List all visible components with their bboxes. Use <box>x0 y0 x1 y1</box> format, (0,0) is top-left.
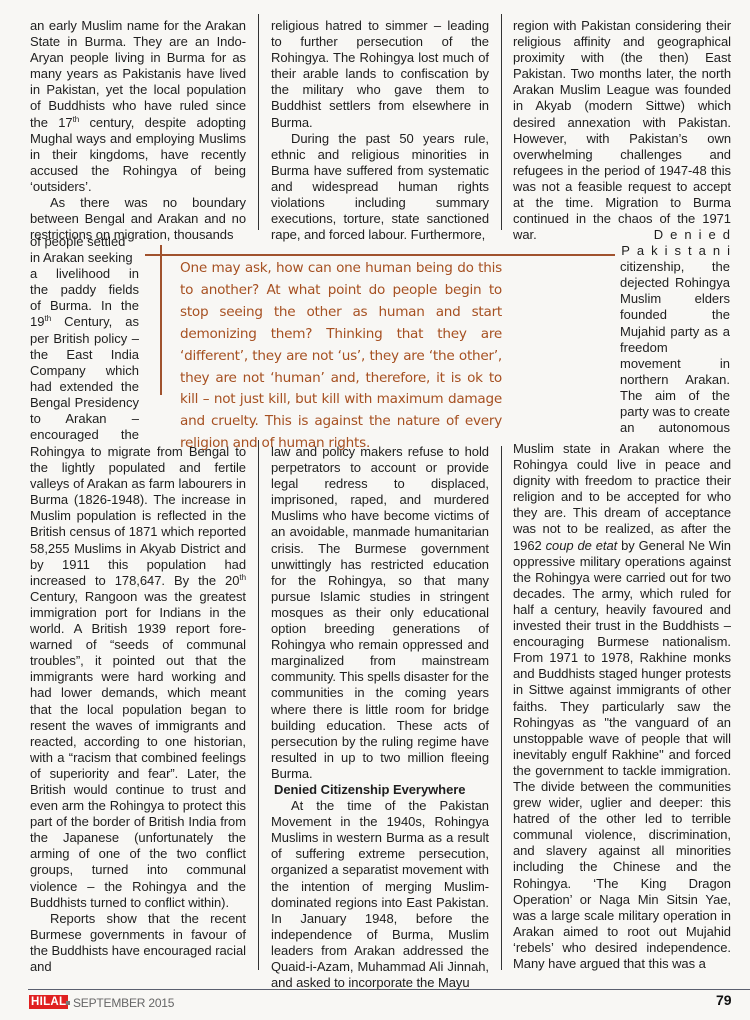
paragraph: Reports show that the recent Burmese gov… <box>30 911 246 975</box>
paragraph: an early Muslim name for the Arakan Stat… <box>30 18 246 195</box>
italic-phrase: coup de etat <box>546 538 618 553</box>
column-3-top: region with Pakistan considering their r… <box>513 18 731 243</box>
pull-quote-side-rule <box>160 245 162 395</box>
issue-date: SEPTEMBER 2015 <box>73 996 174 1010</box>
column-1-bottom: Rohingya to migrate from Bengal to the l… <box>30 444 246 975</box>
column-rule <box>501 446 502 970</box>
narrow-line: of Burma. In the <box>30 298 139 314</box>
magazine-logo: HILAL <box>29 995 68 1009</box>
narrow-paragraph: per British policy – the East India Comp… <box>30 331 139 444</box>
pull-quote: One may ask, how can one human being do … <box>180 258 502 455</box>
narrow-line: 19th Century, as <box>30 314 139 330</box>
narrow-line: in Arakan seeking <box>30 250 139 266</box>
column-rule <box>501 14 502 230</box>
column-1-narrow: of people settled in Arakan seeking a li… <box>30 234 139 443</box>
paragraph: During the past 50 years rule, ethnic an… <box>271 131 489 244</box>
column-1-top: an early Muslim name for the Arakan Stat… <box>30 18 246 243</box>
bullet-separator-icon <box>66 1001 70 1005</box>
subheading: Denied Citizenship Everywhere <box>271 782 489 798</box>
narrow-paragraph: citizenship, the dejected Rohingya Musli… <box>620 259 730 436</box>
paragraph: religious hatred to simmer – leading to … <box>271 18 489 131</box>
column-3-narrow: Denied Pakistani citizenship, the deject… <box>620 227 730 436</box>
paragraph: law and policy makers refuse to hold per… <box>271 444 489 782</box>
column-rule <box>258 14 259 230</box>
column-rule <box>258 440 259 970</box>
footer-rule <box>28 989 750 990</box>
narrow-line: a livelihood in <box>30 266 139 282</box>
paragraph: Muslim state in Arakan where the Rohingy… <box>513 441 731 972</box>
narrow-line: the paddy fields <box>30 282 139 298</box>
pull-quote-top-rule <box>145 254 615 256</box>
spaced-heading-line: Denied <box>620 227 737 243</box>
column-2-bottom: law and policy makers refuse to hold per… <box>271 444 489 991</box>
paragraph: Rohingya to migrate from Bengal to the l… <box>30 444 246 911</box>
paragraph: region with Pakistan considering their r… <box>513 18 731 243</box>
paragraph: At the time of the Pakistan Movement in … <box>271 798 489 991</box>
narrow-line: of people settled <box>30 234 139 250</box>
spaced-heading-line: Pakistani <box>620 243 737 259</box>
column-2-top: religious hatred to simmer – leading to … <box>271 18 489 243</box>
page-number: 79 <box>716 992 732 1008</box>
column-3-bottom: Muslim state in Arakan where the Rohingy… <box>513 441 731 972</box>
